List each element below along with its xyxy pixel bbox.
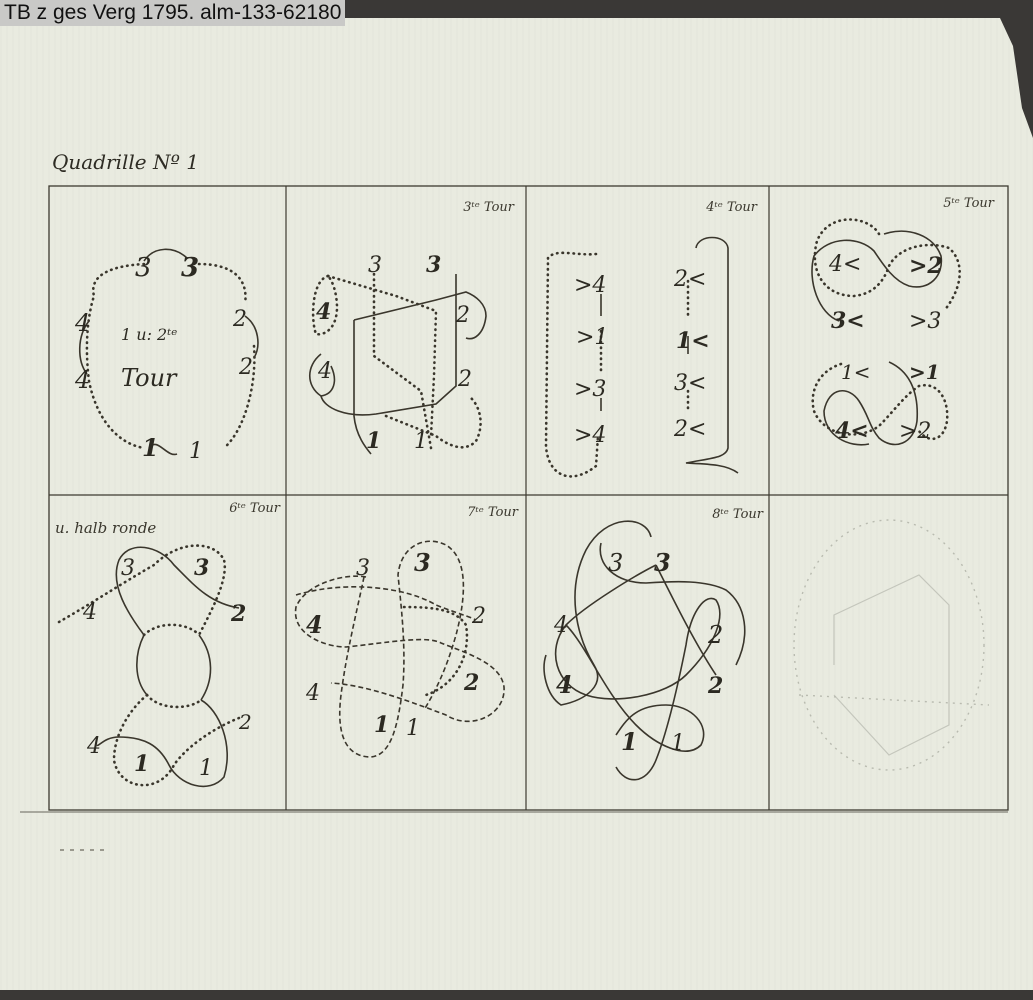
- dancer-4b: 4: [74, 366, 90, 394]
- dancer-4b: 4: [556, 670, 573, 699]
- dancer-3b: 3: [194, 555, 209, 581]
- dancer-4lt-bottom: 4<: [835, 418, 869, 444]
- dancer-2a: 2: [232, 307, 247, 332]
- dancer-3a: 3: [135, 253, 152, 283]
- dancer-gt3: >3: [574, 377, 606, 402]
- dancer-4b: 4: [86, 734, 101, 759]
- dancer-gt2-bottom: >2: [899, 419, 931, 444]
- figure-tour-3: 3 3 4 2 4 2 1 1: [286, 186, 526, 495]
- dancer-4a: 4: [306, 610, 323, 639]
- dancer-gt4-bottom: >4: [574, 423, 606, 448]
- cell-tour-1-2: 3 3 4 2 4 2 1 1 1 u: 2ᵗᵉ Tour: [49, 186, 286, 495]
- figure-tour-4: >4 >1 >3 >4 2< 1< 3< 2<: [526, 186, 769, 495]
- dancer-2a: 2: [471, 604, 486, 629]
- dancer-2b: 2: [463, 670, 479, 696]
- dancer-3b: 3: [654, 548, 671, 577]
- dancer-2a: 2: [230, 601, 246, 627]
- dancer-3a: 3: [608, 549, 623, 577]
- dancer-4b: 4: [317, 359, 332, 384]
- cell-tour-5: 5ᵗᵉ Tour 4< >2 3< >3 1< >1 4< >2: [769, 186, 1008, 495]
- dancer-2a: 2: [455, 303, 470, 328]
- dancer-2lt-top: 2<: [673, 267, 706, 292]
- dancer-2b: 2: [238, 710, 252, 734]
- show-through-figure: [769, 495, 1008, 810]
- dancer-4lt-top: 4<: [828, 252, 861, 277]
- cell-tour-3: 3ᵗᵉ Tour 3 3 4 2 4 2 1 1: [286, 186, 526, 495]
- cell-empty: [769, 495, 1008, 810]
- dancer-gt4-top: >4: [574, 273, 606, 298]
- center-label-line1: 1 u: 2ᵗᵉ: [121, 325, 177, 344]
- dancer-1a: 1: [134, 751, 149, 777]
- dancer-gt2-top: >2: [909, 253, 943, 279]
- dancer-4a: 4: [553, 613, 568, 638]
- dancer-1b: 1: [671, 731, 685, 756]
- dancer-2lt-bottom: 2<: [673, 417, 706, 442]
- center-label-line2: Tour: [121, 364, 178, 392]
- dancer-1b: 1: [189, 439, 203, 464]
- dancer-2b: 2: [707, 673, 723, 699]
- dancer-1b: 1: [406, 716, 420, 741]
- dancer-gt1: >1: [909, 360, 940, 384]
- dancer-3b: 3: [426, 252, 441, 278]
- figure-tour-8: 3 3 4 2 4 2 1 1: [526, 495, 769, 810]
- dancer-4a: 4: [316, 299, 331, 325]
- dancer-1lt: 1<: [676, 328, 710, 354]
- dancer-1a: 1: [142, 433, 159, 462]
- dancer-1a: 1: [621, 727, 638, 756]
- cell-tour-4: 4ᵗᵉ Tour >4 >1 >3 >4 2< 1< 3< 2<: [526, 186, 769, 495]
- dancer-3b: 3: [414, 548, 431, 577]
- dancer-3lt: 3<: [674, 371, 706, 396]
- dancer-3a: 3: [356, 556, 370, 581]
- figure-tour-5: 4< >2 3< >3 1< >1 4< >2: [769, 186, 1008, 495]
- dancer-1b: 1: [414, 429, 428, 454]
- figure-tour-6: 3 3 4 2 4 2 1 1: [49, 495, 286, 810]
- dancer-gt3: >3: [909, 309, 941, 334]
- dancer-4b: 4: [305, 681, 320, 706]
- dancer-1a: 1: [366, 428, 381, 454]
- figure-tour-1-2: 3 3 4 2 4 2 1 1 1 u: 2ᵗᵉ Tour: [49, 186, 286, 495]
- dancer-1b: 1: [199, 756, 213, 781]
- dancer-4a: 4: [82, 600, 97, 625]
- figure-tour-7: 3 3 4 2 4 2 1 1: [286, 495, 526, 810]
- dancer-3a: 3: [121, 556, 135, 581]
- dancer-2b: 2: [238, 355, 253, 380]
- dancer-1a: 1: [374, 712, 389, 738]
- dancer-3b: 3: [181, 253, 199, 283]
- dancer-2a: 2: [707, 621, 723, 649]
- cell-tour-8: 8ᵗᵉ Tour 3 3 4 2 4 2 1 1: [526, 495, 769, 810]
- dancer-3lt: 3<: [831, 308, 865, 334]
- cell-tour-6: 6ᵗᵉ Tour u. halb ronde 3 3 4 2 4 2 1 1: [49, 495, 286, 810]
- dancer-4a: 4: [74, 309, 90, 337]
- dancer-2b: 2: [457, 367, 472, 392]
- dancer-3a: 3: [368, 253, 382, 278]
- dancer-gt1: >1: [576, 325, 608, 350]
- dancer-1lt: 1<: [841, 360, 870, 384]
- cell-tour-7: 7ᵗᵉ Tour 3 3 4 2 4 2 1 1: [286, 495, 526, 810]
